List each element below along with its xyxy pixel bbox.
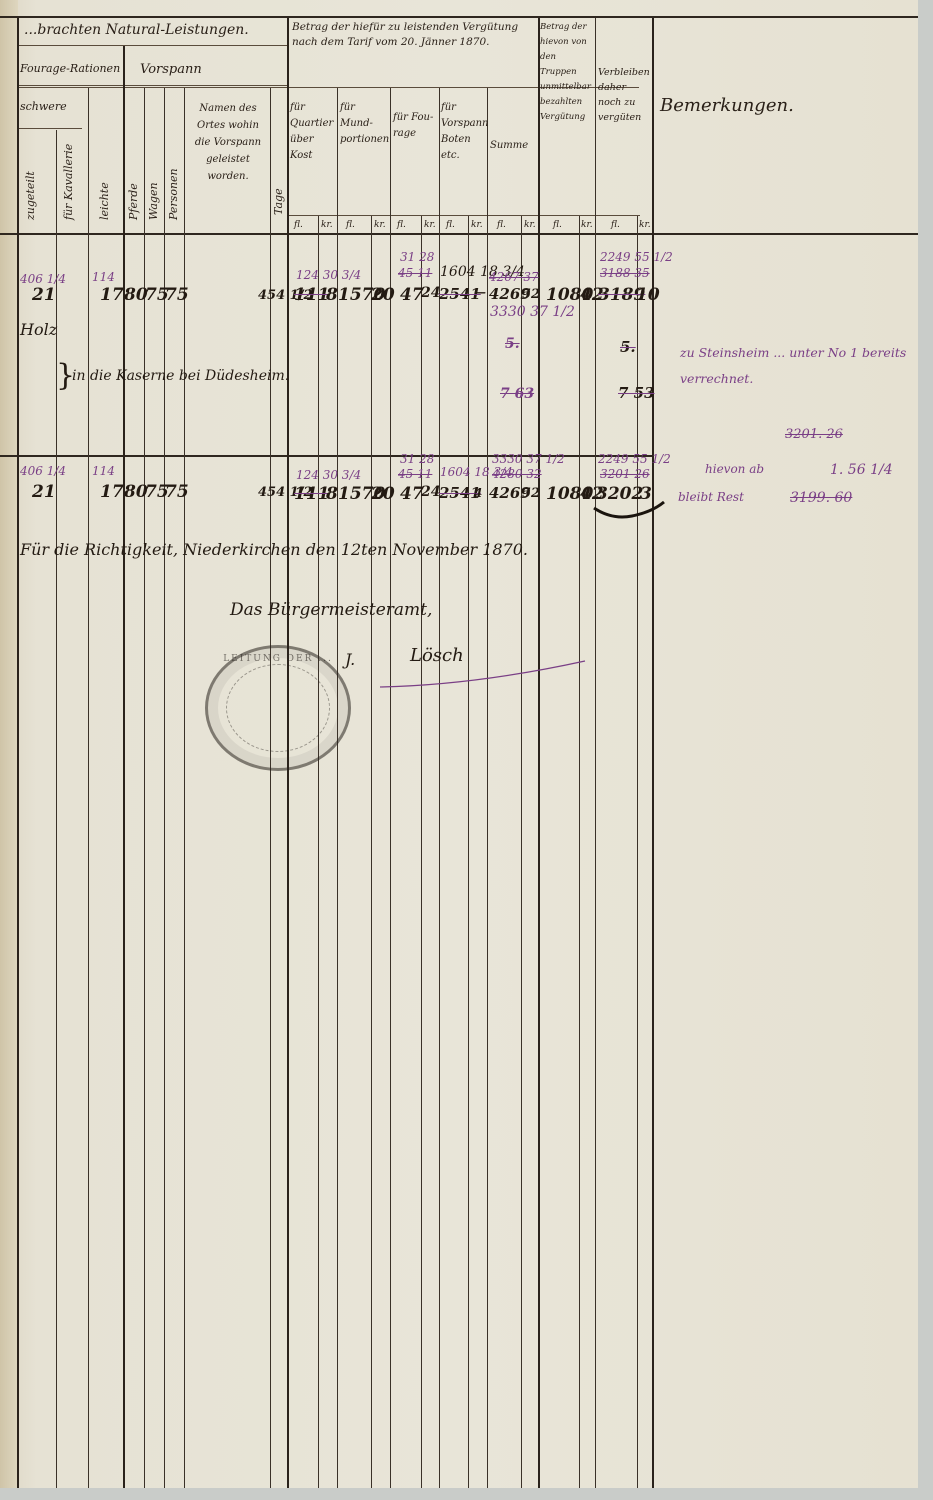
col-rule [595, 18, 596, 1488]
header-fourage-a: zugeteilt [24, 140, 37, 220]
header-tage: Tage [272, 185, 285, 215]
unit-fl: fl. [553, 220, 562, 230]
col-rule [538, 18, 540, 1488]
unit-kr: kr. [424, 220, 436, 230]
header-bottom-rule [0, 233, 918, 235]
cell-fourage-kr: 24 [421, 285, 440, 301]
col-rule [468, 216, 469, 1488]
header-bemerkungen: Bemerkungen. [660, 95, 794, 116]
cell-fourage-kr: 24 [421, 484, 440, 500]
header-mundportionen: für Mund-portionen [340, 100, 388, 148]
remark-struck-total: 3201. 26 [785, 427, 843, 442]
office-line: Das Bürgermeisteramt, [230, 600, 432, 620]
cell-verbleiben-holz-b: 7 53 [618, 384, 655, 402]
correction-note: 124 30 3/4 [296, 268, 361, 282]
unit-kr: kr. [524, 220, 536, 230]
col-rule [579, 216, 580, 1488]
header-rule [17, 45, 287, 46]
header-verguetung-title: Betrag der hiefür zu leistenden Vergütun… [292, 20, 532, 50]
correction-note: 31 28 [400, 452, 434, 466]
cell-vorspann-kr: 4 [474, 486, 482, 500]
ledger-page: ...brachten Natural-Leistungen. Fourage-… [0, 0, 918, 1488]
unit-fl: fl. [346, 220, 355, 230]
cell-quartier-kr: 8 [326, 285, 338, 305]
header-quartier: für Quartier über Kost [290, 100, 336, 164]
header-rule [17, 128, 82, 129]
remark-label: hievon ab [705, 462, 764, 476]
correction-note: 3188 35 [600, 266, 650, 280]
header-summe: Summe [490, 140, 528, 151]
header-vorspann-etc: für Vorspann Boten etc. [441, 100, 486, 164]
unit-kr: kr. [581, 220, 593, 230]
col-rule [637, 216, 638, 1488]
binding-gutter [0, 0, 18, 1488]
section-title: ...brachten Natural-Leistungen. [24, 22, 249, 38]
col-rule [88, 88, 89, 1488]
correction-note: 2249 55 1/2 [600, 250, 673, 264]
signature-flourish [375, 655, 595, 695]
cell-mund-kr: 20 [371, 285, 395, 305]
holz-label: Holz [20, 320, 57, 339]
cell-leichte: 17 [100, 482, 124, 502]
correction-note: 2249 55 1/2 [598, 452, 671, 466]
col-rule [318, 216, 319, 1488]
cell-summe-kr: 52 [522, 486, 540, 501]
correction-note: 3330 37 1/2 [490, 304, 575, 320]
cell-quartier-kr: 8 [326, 484, 338, 504]
top-rule [0, 16, 918, 18]
correction-note: 124 30 3/4 [296, 468, 361, 482]
col-rule [371, 216, 372, 1488]
certification-line: Für die Richtigkeit, Niederkirchen den 1… [20, 540, 528, 559]
unit-fl: fl. [294, 220, 303, 230]
correction-note: 4280 32 [492, 467, 542, 481]
cell-fourage-a: 21 [32, 482, 56, 502]
holz-description: in die Kaserne bei Düdesheim. [72, 368, 289, 384]
pencil-note: 114 [92, 464, 115, 478]
correction-note: 3201 26 [600, 467, 650, 481]
col-rule [487, 88, 488, 1488]
official-seal-stamp: LEITUNG DER ... [205, 645, 351, 771]
header-verbleiben: Verbleiben daher noch zu vergüten [598, 65, 650, 125]
cell-quartier-fl: 111 [294, 285, 330, 305]
unit-fl: fl. [446, 220, 455, 230]
header-vorspann: Vorspann [140, 62, 202, 77]
unit-fl: fl. [497, 220, 506, 230]
stamp-text: LEITUNG DER ... [208, 654, 348, 664]
col-rule [652, 18, 654, 1488]
header-fourage-b: für Kavallerie [62, 140, 75, 220]
col-rule [123, 46, 125, 1488]
unit-fl: fl. [397, 220, 406, 230]
cell-fourage-a: 21 [32, 285, 56, 305]
cell-verbleiben-holz-a: 5. [620, 338, 636, 356]
pencil-note: 114 [92, 270, 115, 284]
pencil-note: 406 1/4 [20, 272, 66, 286]
cell-summe-holz-a: 5. [505, 336, 520, 352]
cell-leichte: 17 [100, 285, 124, 305]
remark-value: 3199. 60 [790, 490, 852, 506]
unit-kr: kr. [321, 220, 333, 230]
header-fourage: für Fou-rage [393, 110, 437, 142]
unit-rule [288, 215, 640, 216]
cell-personen: 75 [165, 482, 189, 502]
header-fourage-rationen: Fourage-Rationen [20, 62, 120, 75]
unit-fl: fl. [611, 220, 620, 230]
correction-note: 45 11 [398, 266, 432, 280]
correction-note: 45 11 [398, 467, 432, 481]
header-rule [17, 85, 287, 86]
cell-vorspann-kr: — [474, 285, 486, 299]
unit-kr: kr. [639, 220, 651, 230]
remark-value: 1. 56 1/4 [830, 462, 893, 478]
cell-summe-kr: 52 [522, 287, 540, 302]
header-empfangen: Betrag der hievon von den Truppen unmitt… [540, 20, 595, 125]
cell-verbleiben-kr: 10 [636, 285, 660, 305]
remark-label: bleibt Rest [678, 490, 744, 504]
header-schwere: schwere [20, 100, 67, 113]
header-pferde: Pferde [127, 175, 140, 220]
cell-quartier-fl: 111 [294, 484, 330, 504]
col-rule [17, 18, 19, 1488]
correction-note: 3330 37 1/2 [492, 452, 565, 466]
correction-note: 31 28 [400, 250, 434, 264]
correction-note: 4267 37 [489, 270, 539, 284]
header-leichte: leichte [98, 160, 111, 220]
unit-kr: kr. [374, 220, 386, 230]
header-personen: Personen [167, 175, 180, 220]
unit-kr: kr. [471, 220, 483, 230]
col-rule [521, 216, 522, 1488]
holz-remark: zu Steinsheim ... unter No 1 bereits ver… [680, 340, 910, 392]
col-rule [421, 216, 422, 1488]
pencil-note: 406 1/4 [20, 464, 66, 478]
header-wagen: Wagen [147, 175, 160, 220]
cell-personen: 75 [165, 285, 189, 305]
header-ortsnamen: Namen des Ortes wohin die Vorspann gelei… [188, 100, 268, 185]
cell-summe-holz-b: 7 63 [500, 386, 534, 402]
total-underline-stroke [592, 500, 667, 525]
cell-mund-kr: 20 [371, 484, 395, 504]
